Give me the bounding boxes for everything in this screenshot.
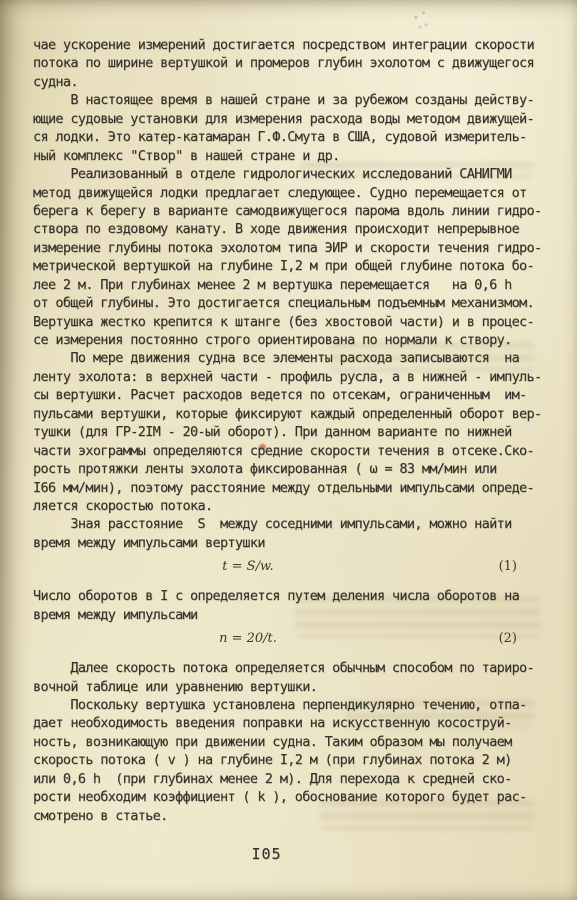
- text-line: В настоящее время в нашей стране и за ру…: [33, 91, 555, 109]
- page-number: I05: [0, 845, 555, 863]
- text-line: I66 мм/мин), поэтому расстояние между от…: [33, 479, 555, 497]
- text-line: смотрено в статье.: [33, 807, 555, 825]
- text-line: сы вертушки. Расчет расходов ведется по …: [33, 386, 555, 404]
- text-line: ющие судовые установки для измерения рас…: [33, 110, 555, 128]
- paragraph: Зная расстояние S между соседними импуль…: [33, 515, 555, 552]
- text-line: рости необходим коэффициент ( k ), обосн…: [33, 788, 555, 806]
- equation-2-expression: n = 20/t.: [0, 631, 509, 646]
- paragraph: Поскольку вертушка установлена перпендик…: [33, 696, 555, 825]
- text-line: Вертушка жестко крепится к штанге (без х…: [33, 313, 555, 331]
- equation-2-number: (2): [499, 631, 517, 646]
- equation-1: t = S/w. (1): [33, 559, 555, 577]
- equation-1-number: (1): [499, 559, 517, 574]
- paragraph: В настоящее время в нашей стране и за ру…: [33, 91, 555, 165]
- text-line: вочной таблице или уравнению вертушки.: [33, 678, 555, 696]
- document-text: чае ускорение измерений достигается поср…: [33, 36, 555, 825]
- text-line: се измерения постоянно строго ориентиров…: [33, 331, 555, 349]
- paragraph: чае ускорение измерений достигается поср…: [33, 36, 555, 91]
- paragraph: По мере движения судна все элементы расх…: [33, 349, 555, 515]
- text-line: время между импульсами вертушки: [33, 534, 555, 552]
- text-line: измерение глубины потока эхолотом типа Э…: [33, 239, 555, 257]
- text-line: пульсами вертушки, которые фиксируют каж…: [33, 405, 555, 423]
- text-line: лее 2 м. При глубинах менее 2 м вертушка…: [33, 276, 555, 294]
- text-line: Реализованный в отделе гидрологических и…: [33, 165, 555, 183]
- text-line: чае ускорение измерений достигается поср…: [33, 36, 555, 54]
- text-line: створа по ездовому канату. В ходе движен…: [33, 220, 555, 238]
- equation-1-expression: t = S/w.: [0, 559, 509, 574]
- text-line: от общей глубины. Это достигается специа…: [33, 294, 555, 312]
- text-line: берега к берегу в варианте самодвижущего…: [33, 202, 555, 220]
- text-line: ленту эхолота: в верхней части - профиль…: [33, 368, 555, 386]
- text-line: дает необходимость введения поправки на …: [33, 714, 555, 732]
- text-line: ный комплекс "Створ" в нашей стране и др…: [33, 147, 555, 165]
- paragraph: Число оборотов в I с определяется путем …: [33, 587, 555, 624]
- text-line: ляется скоростью потока.: [33, 497, 555, 515]
- text-line: скорость потока ( v ) на глубине I,2 м (…: [33, 751, 555, 769]
- equation-2: n = 20/t. (2): [33, 631, 555, 649]
- text-line: или 0,6 h (при глубинах менее 2 м). Для …: [33, 770, 555, 788]
- text-line: части эхограммы определяются средние ско…: [33, 442, 555, 460]
- text-line: потока по ширине вертушкой и промеров гл…: [33, 54, 555, 72]
- text-line: судна.: [33, 73, 555, 91]
- text-line: ность, возникающую при движении судна. Т…: [33, 733, 555, 751]
- text-line: Число оборотов в I с определяется путем …: [33, 587, 555, 605]
- text-line: метод движущейся лодки предлагает следую…: [33, 184, 555, 202]
- paragraph: Реализованный в отделе гидрологических и…: [33, 165, 555, 349]
- text-line: По мере движения судна все элементы расх…: [33, 349, 555, 367]
- text-line: время между импульсами: [33, 606, 555, 624]
- text-line: тушки (для ГР-2IМ - 20-ый оборот). При д…: [33, 423, 555, 441]
- text-line: ся лодки. Это катер-катамаран Г.Ф.Смута …: [33, 128, 555, 146]
- scanned-document-page: чае ускорение измерений достигается поср…: [0, 0, 577, 900]
- text-line: Далее скорость потока определяется обычн…: [33, 659, 555, 677]
- scan-speck: [408, 8, 434, 32]
- text-line: Поскольку вертушка установлена перпендик…: [33, 696, 555, 714]
- text-line: метрической вертушкой на глубине I,2 м п…: [33, 257, 555, 275]
- text-line: рость протяжки ленты эхолота фиксированн…: [33, 460, 555, 478]
- text-line: Зная расстояние S между соседними импуль…: [33, 515, 555, 533]
- paragraph: Далее скорость потока определяется обычн…: [33, 659, 555, 696]
